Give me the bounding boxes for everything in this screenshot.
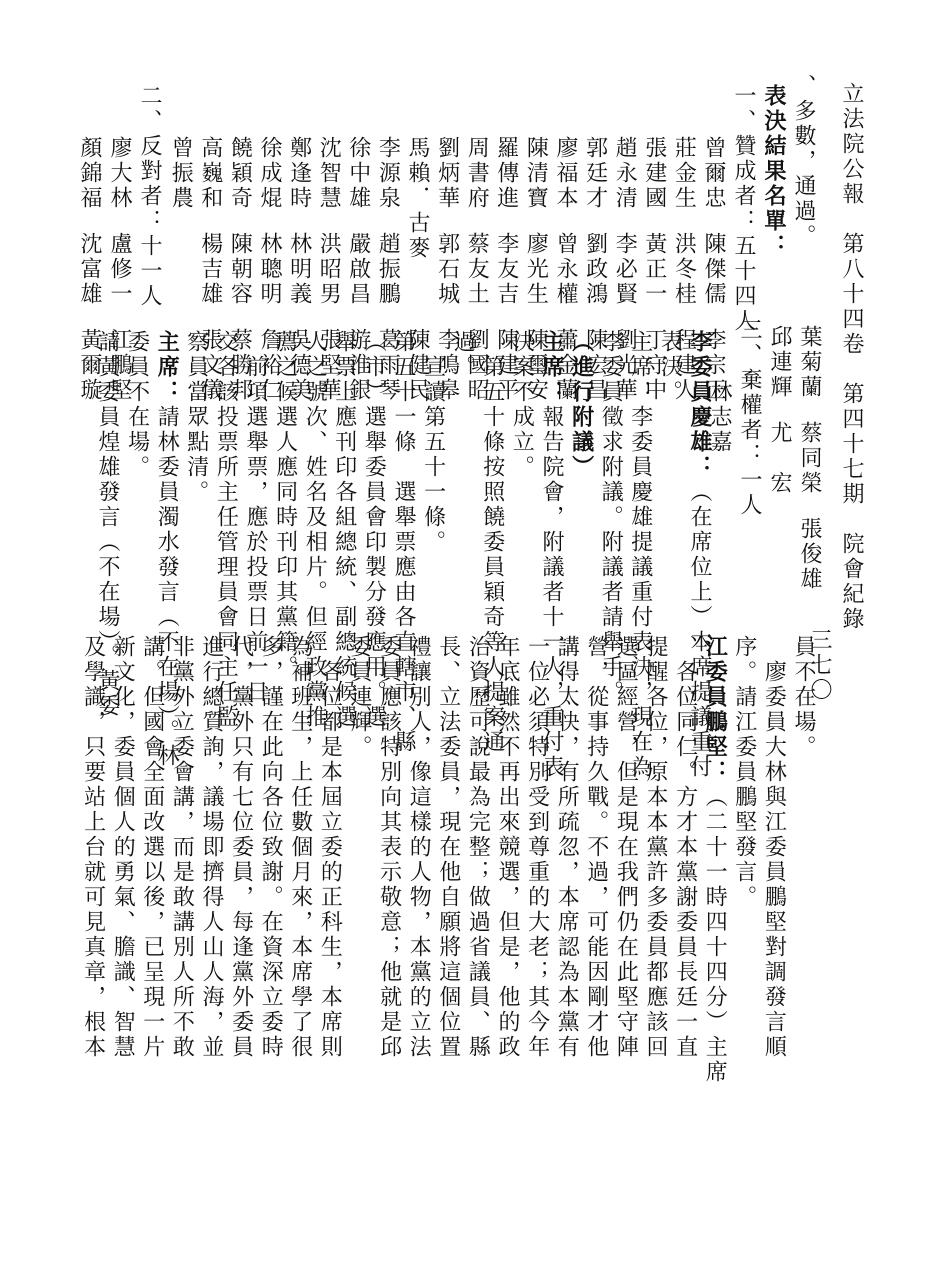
text-column: 選區經營，但是現在我們仍在此堅守陣 [614, 635, 636, 1060]
member-name: 蔡同榮 [798, 421, 820, 496]
member-name: 曾永權 [554, 232, 576, 307]
text-column: 宣讀第五十一條。 [422, 330, 444, 555]
member-name: 沈智慧 [317, 136, 339, 211]
text-column: 講得太快，有所疏忽，本席認為本黨有 [555, 635, 577, 1060]
text-column: 非黨外立委會講，而是敢講別人所不敢 [170, 635, 192, 1060]
member-name: 楊吉雄 [199, 232, 221, 307]
in-favor-label: 一、贊成者：五十四人 [732, 84, 754, 334]
text-column: 過。 [451, 330, 473, 380]
vote-result-line: 、多數，通過。 [792, 74, 814, 249]
member-name: 嚴啟昌 [347, 232, 369, 307]
section-title: 院會紀錄 [839, 532, 864, 632]
member-name: 徐成焜 [258, 136, 280, 211]
text-column: 進行總質詢，議場即擠得人山人海，並 [200, 635, 222, 1060]
member-name: 黃正一 [643, 232, 665, 307]
member-name: 鄭逢時 [288, 136, 310, 211]
member-name: 曾振農 [169, 136, 191, 211]
member-name: 曾爾忠 [702, 136, 724, 211]
member-name: 劉政鴻 [584, 232, 606, 307]
text-column: 禮讓別人，像這樣的人物，本黨的立法 [407, 635, 429, 1060]
member-name: 李必賢 [613, 232, 635, 307]
member-name: 廖光生 [524, 232, 546, 307]
text-column: 廖委員大林與江委員鵬堅對調發言順 [762, 635, 784, 1060]
member-name: 李源泉 [376, 136, 398, 211]
member-name: 張俊雄 [798, 517, 820, 592]
member-name: 劉炳華 [436, 136, 458, 211]
member-name: 陳朝容 [228, 232, 250, 307]
text-column: 、各位同仁。方才本黨謝委員長廷一直 [674, 635, 696, 1060]
text-column: 多，謹在此向各位致謝。在資深立委時 [259, 635, 281, 1060]
member-name: 張建國 [643, 136, 665, 211]
publication-title: 立法院公報 [839, 82, 864, 207]
member-name: 徐中雄 [347, 136, 369, 211]
member-name: 洪昭男 [317, 232, 339, 307]
abstain-label: 三、棄權者：一人 [738, 318, 760, 518]
speaker-label: 主席： [154, 330, 179, 405]
against-label: 二、反對者：十一人 [138, 84, 160, 309]
member-name: 郭石城 [436, 232, 458, 307]
text-column: 新文化，委員個人的勇氣、膽識、智慧 [111, 635, 133, 1060]
member-name: 林聰明 [258, 232, 280, 307]
text-column: 決案不成立。 [510, 330, 532, 480]
member-name: 尤 宏 [768, 421, 790, 496]
text-column: 代，黨外只有七位委員，每逢黨外委員 [230, 635, 252, 1060]
text-column: 及學識，只要站上台就可見真章，根本 [82, 635, 104, 1060]
text-column: 年底雖然不再出來競選，但是，他的政 [496, 635, 518, 1060]
member-name: 陳清寶 [524, 136, 546, 211]
member-name: 羅傳進 [495, 136, 517, 211]
member-name: 沈富雄 [78, 232, 100, 307]
text-column: 委員連輝。 [348, 635, 370, 760]
speaker-label: 主席： [539, 330, 564, 405]
member-name: 陳傑儒 [702, 232, 724, 307]
text-column: 委員不在場。 [126, 330, 148, 480]
member-name: 林明義 [288, 232, 310, 307]
member-name: 郭廷才 [584, 136, 606, 211]
text-column: 序。請江委員鵬堅發言。 [733, 635, 755, 910]
text-column: 治資歷可說最為完整；做過省議員、縣 [466, 635, 488, 1060]
page-header: 立法院公報 第八十四卷 第四十七期 院會紀錄 [840, 82, 862, 632]
member-name: 洪冬桂 [672, 232, 694, 307]
member-name: 高巍和 [199, 136, 221, 211]
speaker-label: 李委員慶雄： [687, 330, 712, 480]
member-name: 顏錦福 [78, 136, 100, 211]
text-column: 為補班生，上任數個月來，本席學了很 [289, 635, 311, 1060]
vote-results-heading: 表決結果名單： [762, 84, 784, 259]
text-column: 江委員鵬堅：（二十一時四十四分）主席 [703, 635, 725, 1085]
member-name: 李友吉 [495, 232, 517, 307]
text-column: 各位都是本屆立委的正科生，本席則 [318, 635, 340, 1060]
member-name: 盧修一 [108, 232, 130, 307]
text-column: 提醒各位，原本本黨許多委員都應該回 [644, 635, 666, 1060]
member-name: 趙振鵬 [376, 232, 398, 307]
text-column: （進行附議） [570, 330, 592, 480]
text-column: 講。但國會全面改選以後，已呈現一片 [141, 635, 163, 1060]
member-name: 莊金生 [672, 136, 694, 211]
member-name: 廖福本 [554, 136, 576, 211]
member-name: 葉菊蘭 [798, 325, 820, 400]
volume-number: 第八十四卷 [839, 232, 864, 357]
text-column: 委員應該特別向其表示敬意；他就是邱 [378, 635, 400, 1060]
member-name: 邱連輝 [768, 325, 790, 400]
issue-number: 第四十七期 [839, 382, 864, 507]
text-column: 員不在場。 [792, 635, 814, 760]
text-column: 一位必須特別受到尊重的大老；其今年 [526, 635, 548, 1060]
text-column: 察員當眾點清。 [185, 330, 207, 505]
member-name: 蔡友土 [465, 232, 487, 307]
member-name: 趙永清 [613, 136, 635, 211]
member-name: 饒穎奇 [228, 136, 250, 211]
text-column: 長、立法委員，現在他自願將這個位置 [437, 635, 459, 1060]
speech-text: （二十一時四十四分）主席 [702, 785, 727, 1085]
text-column: 表決。 [658, 330, 680, 405]
speaker-label: 江委員鵬堅： [702, 635, 727, 785]
member-name: 廖大林 [108, 136, 130, 211]
text-column: 薦之候選人應同時刊印其黨籍。 [274, 330, 296, 680]
text-column: 營，從事持久戰。不過，可能因剛才他 [585, 635, 607, 1060]
member-name: 周書府 [465, 136, 487, 211]
member-name: 馬賴．古麥 [406, 136, 428, 261]
